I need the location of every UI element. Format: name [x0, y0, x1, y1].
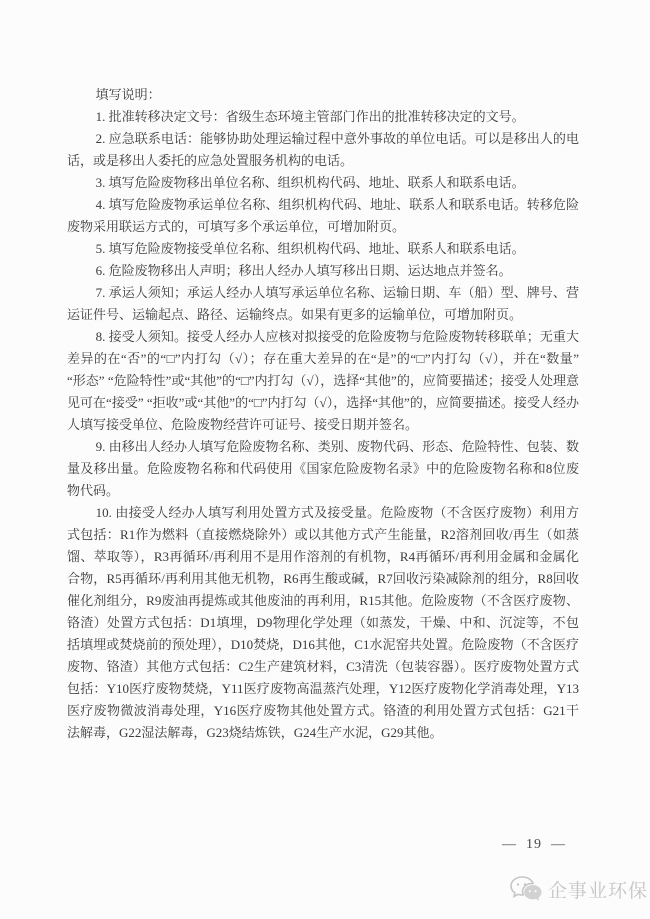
- instruction-paragraph-10: 10. 由接受人经办人填写利用处置方式及接受量。危险废物（不含医疗废物）利用方式…: [67, 502, 579, 744]
- section-heading: 填写说明：: [67, 84, 579, 106]
- page-number: — 19 —: [492, 837, 576, 853]
- instruction-paragraph-5: 5. 填写危险废物接受单位名称、组织机构代码、地址、联系人和联系电话。: [67, 238, 579, 260]
- instruction-paragraph-3: 3. 填写危险废物移出单位名称、组织机构代码、地址、联系人和联系电话。: [67, 172, 579, 194]
- instruction-paragraph-2: 2. 应急联系电话：能够协助处理运输过程中意外事故的单位电话。可以是移出人的电话…: [67, 128, 579, 172]
- document-body: 填写说明： 1. 批准转移决定文号：省级生态环境主管部门作出的批准转移决定的文号…: [67, 84, 579, 744]
- watermark-label: 企事业环保: [548, 876, 648, 903]
- instruction-paragraph-9: 9. 由移出人经办人填写危险废物名称、类别、废物代码、形态、危险特性、包装、数量…: [67, 436, 579, 502]
- instruction-paragraph-8: 8. 接受人须知。接受人经办人应核对拟接受的危险废物与危险废物转移联单；无重大差…: [67, 326, 579, 436]
- document-page: 填写说明： 1. 批准转移决定文号：省级生态环境主管部门作出的批准转移决定的文号…: [0, 0, 650, 919]
- instruction-paragraph-6: 6. 危险废物移出人声明；移出人经办人填写移出日期、运达地点并签名。: [67, 260, 579, 282]
- instruction-paragraph-1: 1. 批准转移决定文号：省级生态环境主管部门作出的批准转移决定的文号。: [67, 106, 579, 128]
- instruction-paragraph-4: 4. 填写危险废物承运单位名称、组织机构代码、地址、联系人和联系电话。转移危险废…: [67, 194, 579, 238]
- watermark: 企事业环保: [509, 874, 648, 904]
- wechat-logo-icon: [509, 874, 543, 904]
- instruction-paragraph-7: 7. 承运人须知；承运人经办人填写承运单位名称、运输日期、车（船）型、牌号、营运…: [67, 282, 579, 326]
